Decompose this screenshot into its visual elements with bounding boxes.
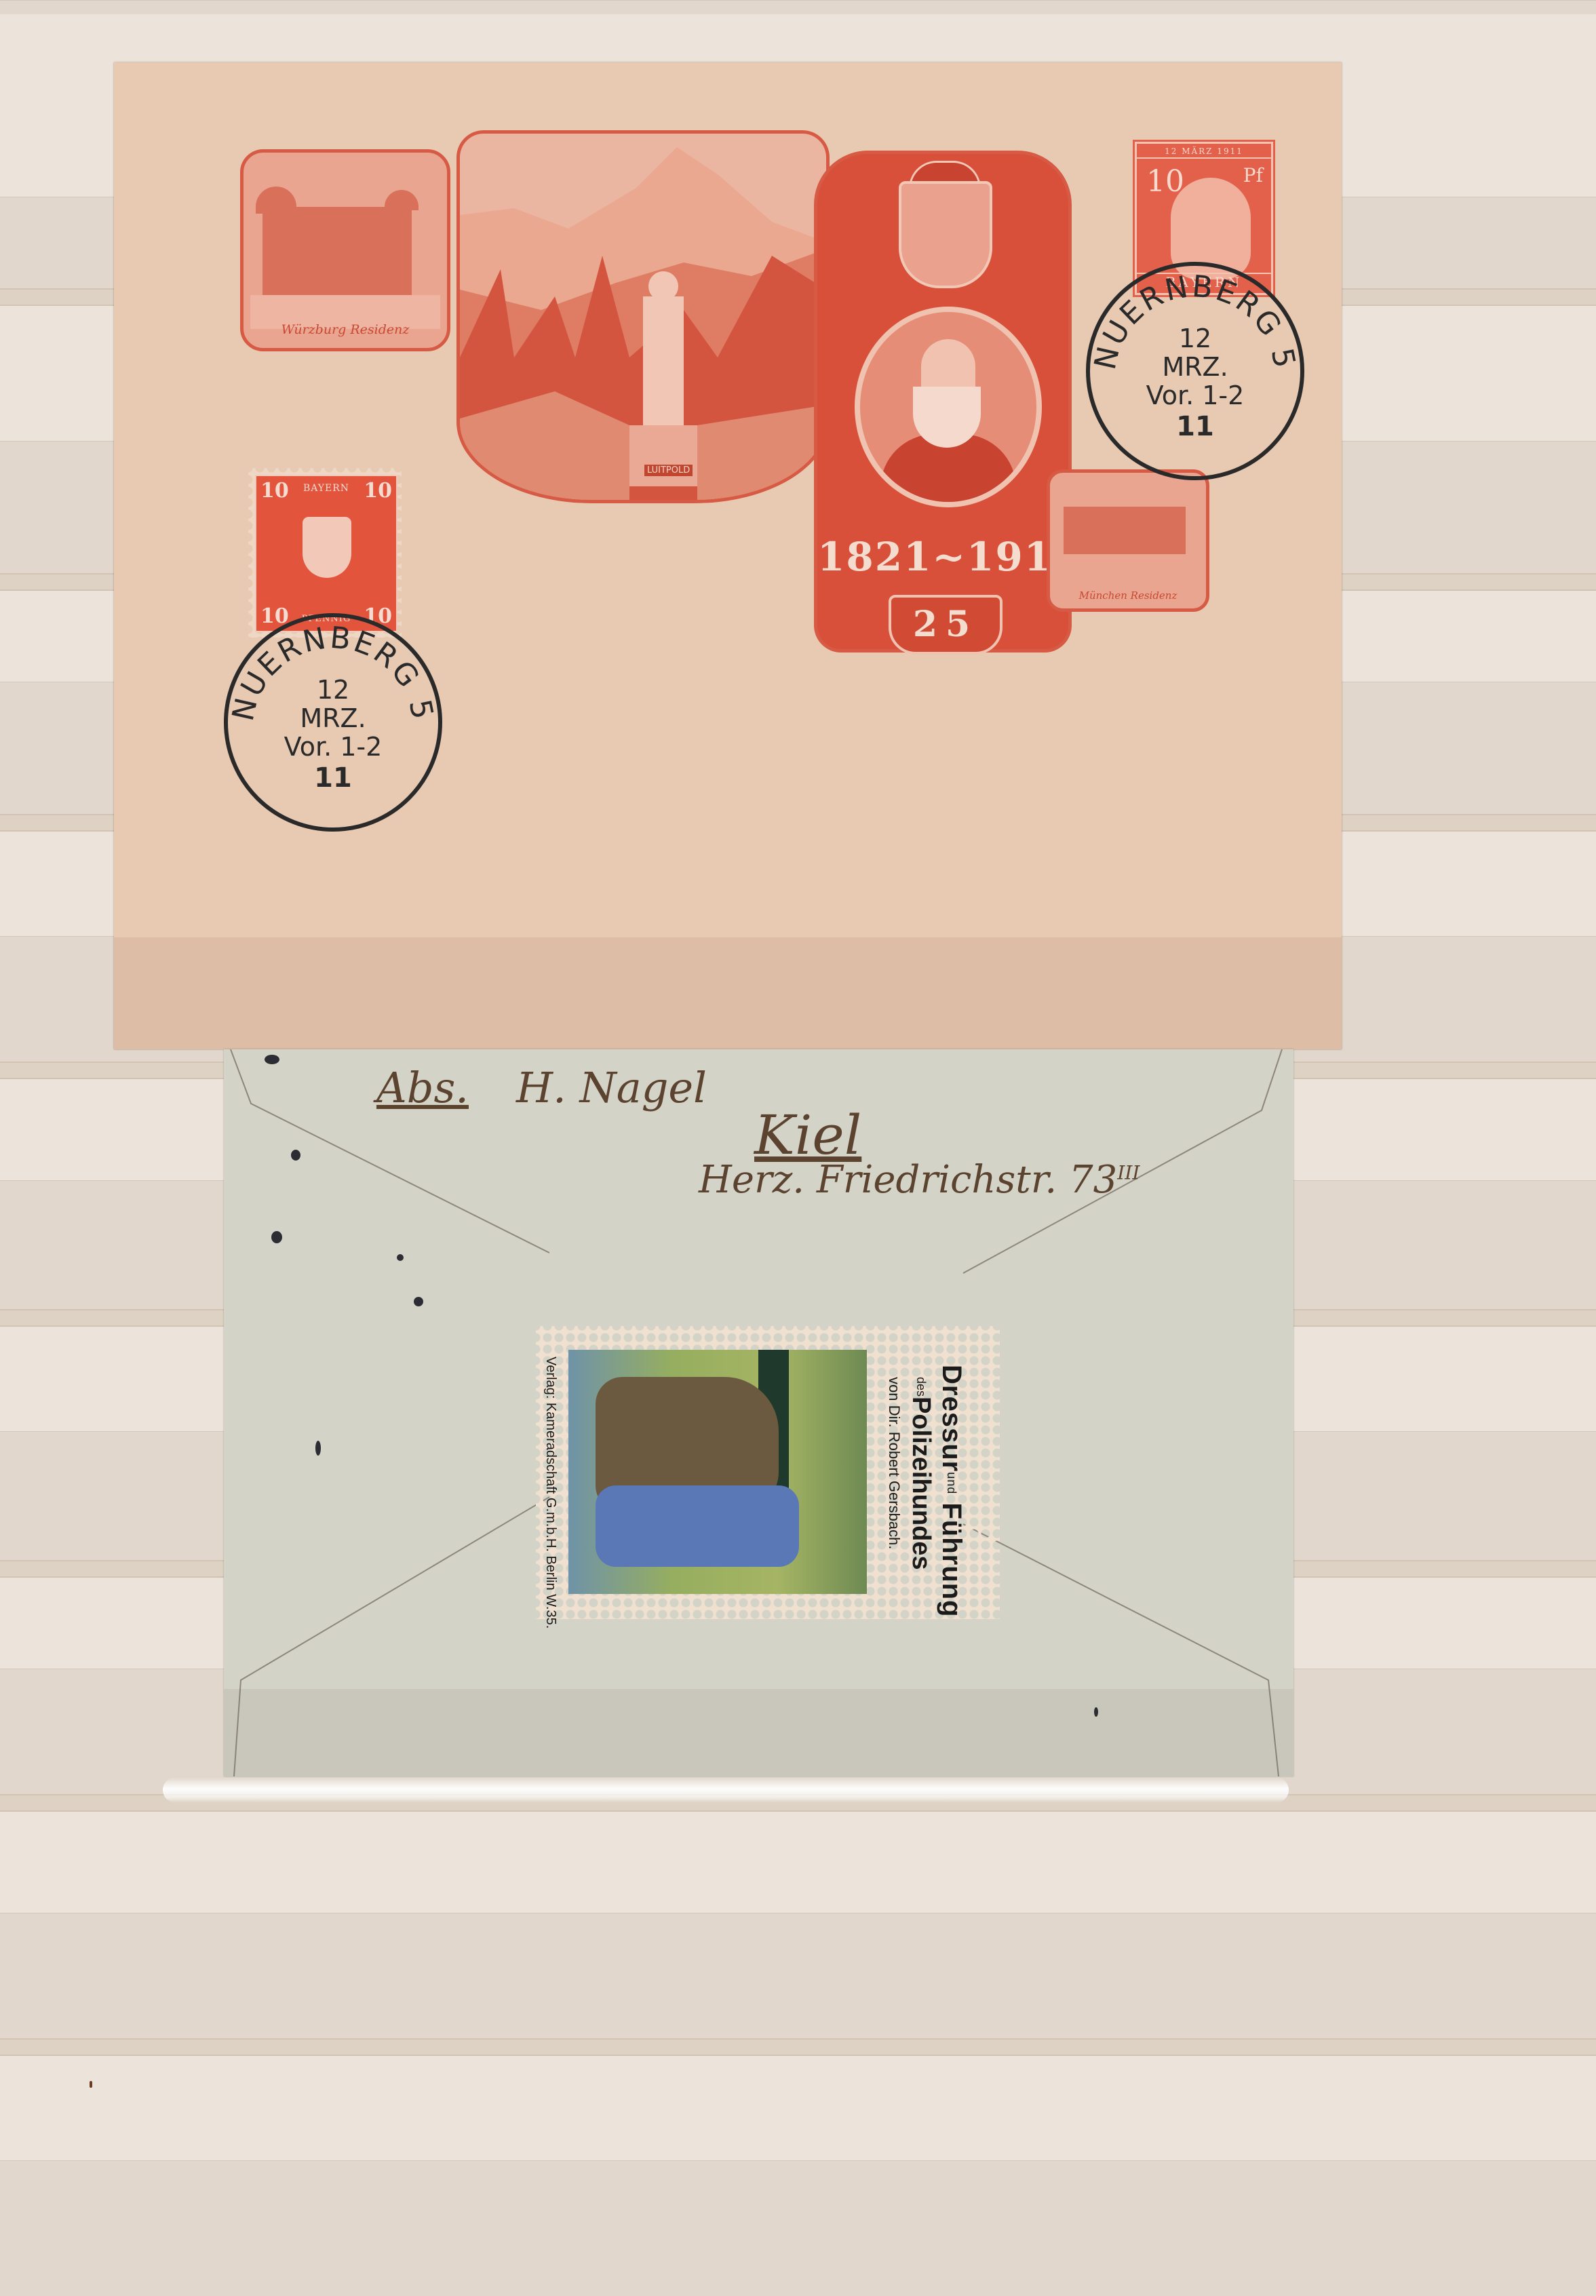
anniversary-number: 25 [889, 595, 1003, 655]
ink-spot [315, 1441, 321, 1456]
statue-plinth-text: LUITPOLD [644, 465, 693, 476]
postmark-cancel: NUERNBERG 5 12 MRZ. Vor. 1-2 11 [1083, 259, 1307, 483]
mountain-illustration [460, 134, 826, 500]
label-publisher: Verlag: Kameradschaft G.m.b.H. Berlin W.… [543, 1357, 558, 1629]
sender-handwriting: Abs.H. Nagel [376, 1063, 707, 1112]
indicium-date: 12 MÄRZ 1911 [1137, 147, 1271, 159]
stock-strip [0, 0, 1596, 14]
stamp-country: BAYERN [256, 483, 396, 494]
ink-spot [291, 1150, 300, 1161]
anniversary-years: 1821~1911 [817, 534, 1068, 580]
street-handwriting: Herz. Friedrichstr. 73III [699, 1158, 1140, 1202]
coat-of-arms-icon [899, 181, 992, 288]
vignette-wuerzburg: Würzburg Residenz [240, 149, 450, 351]
stock-strip [0, 2160, 1596, 2296]
postmark-cancel: NUERNBERG 5 12 MRZ. Vor. 1-2 11 [221, 610, 445, 834]
residence-illustration [1064, 507, 1186, 554]
label-author: von Dir. Robert Gersbach. [885, 1377, 903, 1549]
vignette-prince-regent: 1821~1911 25 [814, 151, 1072, 653]
ink-spot [1094, 1707, 1098, 1717]
label-title: Dressurund Führung [936, 1365, 967, 1618]
indicium-value: 10 [1146, 164, 1184, 199]
police-dog-illustration [568, 1350, 867, 1594]
indicium-unit: Pf [1243, 164, 1263, 187]
ink-spot [271, 1231, 282, 1243]
stock-strip [0, 1913, 1596, 2056]
stock-strip-overlay [114, 937, 1342, 1049]
debris-speck [90, 2081, 92, 2088]
label-subject: desPolizeihundes [906, 1377, 935, 1570]
sleeve-glare [163, 1777, 1289, 1803]
shield-icon [303, 517, 351, 578]
adhesive-stamp[interactable]: 10 10 BAYERN PFENNIG 10 10 [255, 475, 397, 632]
ink-spot [265, 1055, 279, 1064]
vignette-muenchen: München Residenz [1047, 469, 1209, 612]
palace-illustration [262, 207, 412, 295]
ink-spot [397, 1254, 404, 1261]
wuerzburg-caption: Würzburg Residenz [244, 322, 447, 337]
vignette-alps-statue: LUITPOLD [456, 130, 830, 503]
ink-spot [414, 1297, 423, 1306]
muenchen-caption: München Residenz [1050, 589, 1206, 602]
portrait-medallion [855, 307, 1042, 507]
stock-strip-overlay [224, 1689, 1293, 1776]
